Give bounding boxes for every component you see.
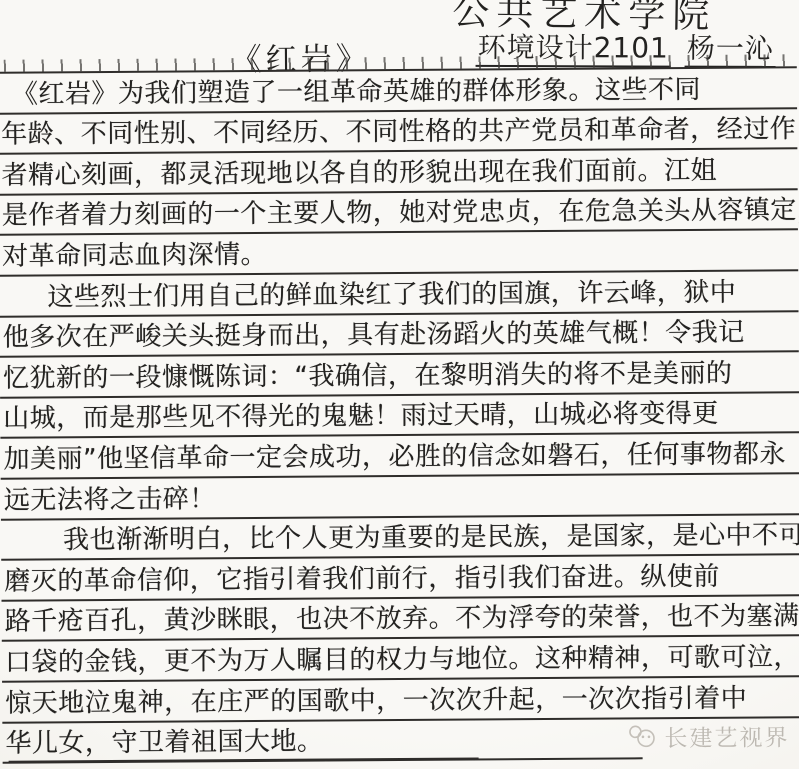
essay-line: 我也渐渐明白，比个人更为重要的是民族，是国家，是心中不可	[1, 515, 799, 561]
watermark-text: 长建艺视界	[664, 719, 789, 753]
essay-line: 对革命同志血肉深情。	[0, 231, 798, 277]
essay-line: 者精心刻画，都灵活现地以各自的形貌出现在我们面前。江姐	[0, 149, 798, 195]
essay-line: 远无法将之击碎！	[1, 474, 799, 520]
essay-line: 他多次在严峻关头挺身而出，具有赴汤蹈火的英雄气概！令我记	[0, 312, 799, 358]
essay-line: 是作者着力刻画的一个主要人物，她对党忠贞，在危急关头从容镇定，	[0, 190, 798, 236]
essay-line: 《红岩》为我们塑造了一组革命英雄的群体形象。这些不同	[0, 68, 797, 114]
essay-line: 忆犹新的一段慷慨陈词：“我确信，在黎明消失的将不是美丽的	[0, 352, 799, 398]
paper-sheet: 公共艺术学院 环境设计2101杨一沁 《红岩》 《红岩》为我们塑造了一组革命英雄…	[0, 0, 799, 769]
essay-line: 口袋的金钱，更不为万人瞩目的权力与地位。这种精神，可歌可泣，	[2, 637, 799, 683]
essay-line: 磨灭的革命信仰，它指引着我们前行，指引我们奋进。纵使前	[1, 555, 799, 601]
essay-line: 这些烈士们用自己的鲜血染红了我们的国旗，许云峰，狱中	[0, 271, 799, 317]
essay-line: 惊天地泣鬼神，在庄严的国歌中，一次次升起，一次次指引着中	[2, 677, 799, 723]
watermark-panda-logo-icon	[627, 724, 657, 749]
essay-line: 年龄、不同性别、不同经历、不同性格的共产党员和革命者，经过作	[0, 109, 797, 155]
watermark: 长建艺视界	[627, 719, 789, 753]
essay-line: 路千疮百孔，黄沙眯眼，也决不放弃。不为浮夸的荣誉，也不为塞满	[2, 596, 799, 642]
essay-body: 《红岩》为我们塑造了一组革命英雄的群体形象。这些不同 年龄、不同性别、不同经历、…	[0, 66, 799, 764]
essay-line: 加美丽”他坚信革命一定会成功，必胜的信念如磐石，任何事物都永	[0, 434, 799, 480]
page-content: 公共艺术学院 环境设计2101杨一沁 《红岩》 《红岩》为我们塑造了一组革命英雄…	[0, 0, 799, 769]
essay-line: 山城，而是那些见不得光的鬼魅！雨过天晴，山城必将变得更	[0, 393, 799, 439]
